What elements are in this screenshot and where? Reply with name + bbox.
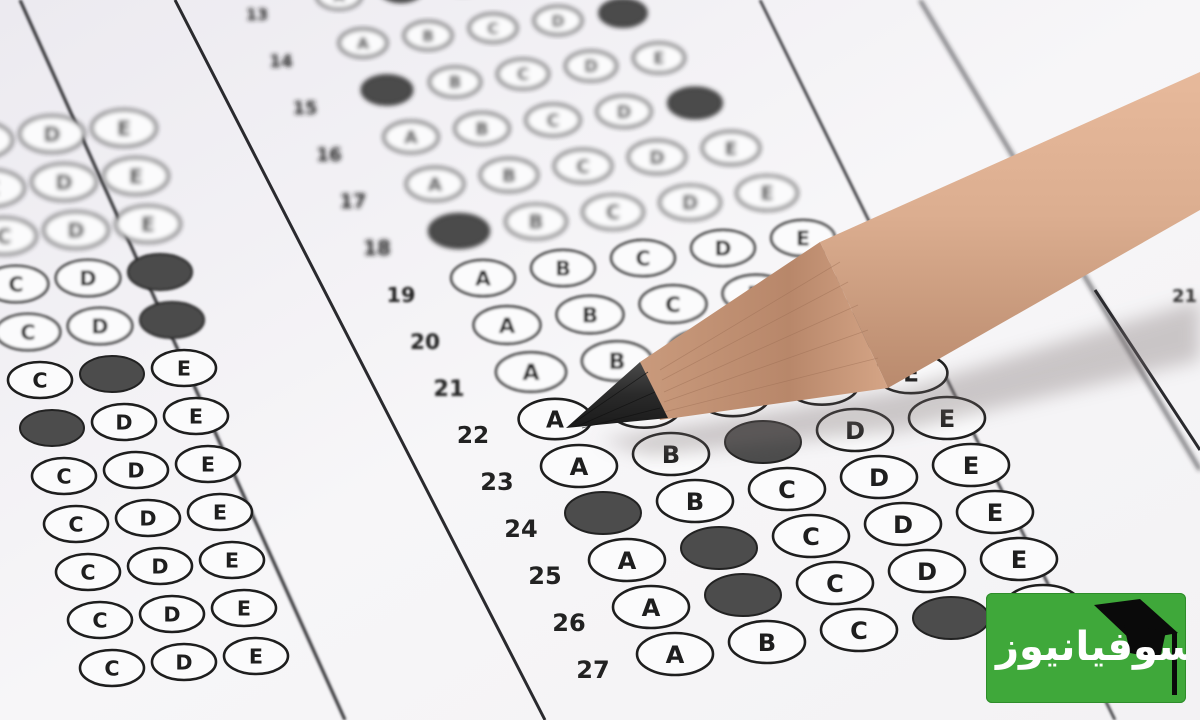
bubble-letter: D: [617, 103, 632, 123]
bubble-letter: A: [357, 34, 370, 53]
bubble-letter: D: [584, 56, 598, 76]
bubble-letter: A: [570, 453, 589, 481]
filled-bubble: [599, 0, 646, 27]
bubble-letter: A: [499, 314, 516, 339]
question-number: 26: [552, 609, 585, 637]
answer-bubble: C: [555, 150, 612, 182]
answer-bubble: C: [773, 515, 849, 557]
answer-bubble: E: [164, 398, 228, 434]
bubble-letter: D: [55, 171, 72, 195]
answer-bubble: C: [526, 105, 580, 136]
filled-bubble: [913, 597, 989, 639]
answer-bubble: D: [629, 141, 686, 173]
filled-bubble: [565, 492, 641, 534]
bubble-letter: C: [576, 157, 590, 178]
answer-bubble: D: [889, 550, 965, 592]
bubble-letter: C: [92, 609, 107, 633]
bubble-letter: D: [127, 459, 144, 483]
question-number: 20: [410, 330, 440, 355]
bubble-letter: A: [618, 547, 637, 575]
answer-bubble: C: [611, 240, 674, 276]
bubble-letter: A: [546, 406, 564, 433]
bubble-letter: D: [869, 464, 889, 492]
answer-bubble: B: [657, 480, 733, 522]
question-number: 13: [246, 5, 268, 24]
answer-bubble: B: [506, 205, 566, 239]
bubble-letter: C: [665, 293, 681, 318]
answer-bubble: E: [200, 542, 264, 578]
answer-bubble: C: [56, 554, 120, 590]
bubble-letter: D: [917, 558, 937, 586]
answer-bubble: A: [496, 353, 566, 392]
answer-bubble: D: [597, 96, 651, 127]
answer-bubble: E: [116, 206, 180, 242]
answer-bubble: E: [981, 538, 1057, 580]
question-number: 19: [387, 283, 416, 307]
bubble-letter: B: [758, 629, 776, 657]
answer-bubble: E: [188, 494, 252, 530]
bubble-letter: E: [141, 213, 155, 237]
answer-bubble: A: [589, 539, 665, 581]
bubble-letter: C: [68, 513, 83, 537]
question-number: 24: [504, 515, 537, 543]
answer-bubble: B: [404, 22, 451, 50]
bubble-letter: B: [686, 488, 704, 516]
answer-bubble: A: [339, 29, 386, 57]
site-logo-badge: سوفیانیوز: [986, 593, 1186, 703]
answer-bubble: B: [729, 621, 805, 663]
answer-bubble: A: [407, 168, 464, 200]
bubble-letter: A: [666, 641, 685, 669]
bubble-letter: D: [715, 236, 732, 260]
answer-bubble: E: [957, 491, 1033, 533]
bubble-letter: C: [778, 476, 796, 504]
bubble-letter: A: [642, 594, 661, 622]
answer-bubble: E: [933, 444, 1009, 486]
answer-bubble: C: [640, 285, 706, 322]
bubble-letter: E: [760, 182, 773, 205]
bubble-letter: B: [422, 26, 434, 45]
bubble-letter: B: [529, 211, 544, 234]
answer-bubble: B: [557, 296, 623, 333]
answer-bubble: E: [104, 158, 168, 194]
bubble-letter: B: [609, 349, 626, 375]
bubble-letter: E: [117, 117, 131, 141]
filled-bubble: [80, 356, 144, 392]
question-number: 27: [576, 656, 609, 684]
bubble-letter: C: [802, 523, 820, 551]
filled-bubble: [429, 214, 489, 248]
filled-bubble: [140, 302, 204, 338]
bubble-letter: B: [502, 166, 516, 187]
bubble-letter: E: [796, 226, 810, 250]
filled-bubble: [20, 410, 84, 446]
bubble-letter: C: [487, 19, 499, 38]
bubble-letter: C: [20, 321, 35, 345]
answer-bubble: E: [703, 132, 760, 164]
answer-bubble: D: [44, 212, 108, 248]
answer-bubble: D: [116, 500, 180, 536]
bubble-letter: C: [8, 273, 23, 297]
bubble-letter: C: [32, 369, 47, 393]
bubble-letter: C: [80, 561, 95, 585]
bubble-letter: E: [653, 48, 664, 68]
answer-bubble: C: [0, 266, 48, 302]
answer-bubble: E: [634, 43, 684, 72]
bubble-letter: D: [79, 267, 96, 291]
bubble-letter: B: [449, 72, 462, 92]
answer-bubble: C: [32, 458, 96, 494]
bubble-letter: D: [151, 555, 168, 579]
filled-bubble: [128, 254, 192, 290]
bubble-letter: D: [115, 411, 132, 435]
question-number: 25: [528, 562, 561, 590]
bubble-letter: E: [225, 549, 239, 573]
answer-bubble: A: [474, 306, 540, 343]
bubble-letter: C: [517, 64, 529, 84]
answer-bubble: C: [749, 468, 825, 510]
bubble-letter: A: [333, 0, 345, 5]
bubble-letter: D: [175, 651, 192, 675]
answer-bubble: C: [68, 602, 132, 638]
answer-bubble: C: [821, 609, 897, 651]
answer-bubble: D: [691, 230, 754, 266]
bubble-letter: D: [67, 219, 84, 243]
answer-bubble: D: [841, 456, 917, 498]
bubble-letter: E: [963, 452, 980, 480]
answer-bubble: A: [541, 445, 617, 487]
answer-bubble: C: [797, 562, 873, 604]
bubble-letter: E: [213, 501, 227, 525]
bubble-letter: E: [237, 597, 251, 621]
filled-bubble: [681, 527, 757, 569]
bubble-letter: E: [987, 499, 1004, 527]
answer-bubble: D: [152, 644, 216, 680]
question-number: 16: [316, 145, 342, 166]
answer-bubble: C: [0, 314, 60, 350]
bubble-letter: C: [850, 617, 868, 645]
bubble-letter: C: [635, 246, 650, 270]
answer-bubble: C: [583, 195, 643, 229]
bubble-letter: E: [189, 405, 203, 429]
filled-bubble: [362, 75, 412, 104]
answer-bubble: D: [128, 548, 192, 584]
question-number: 15: [293, 99, 317, 119]
question-number: 22: [457, 422, 489, 449]
answer-bubble: B: [481, 159, 538, 191]
answer-bubble: B: [531, 250, 594, 286]
answer-bubble: D: [104, 452, 168, 488]
bubble-letter: D: [893, 511, 913, 539]
bubble-letter: A: [428, 175, 443, 196]
answer-bubble: A: [613, 586, 689, 628]
bubble-letter: A: [404, 128, 418, 148]
bubble-letter: C: [606, 201, 620, 224]
bubble-letter: B: [582, 303, 598, 328]
bubble-letter: E: [249, 645, 263, 669]
bubble-letter: D: [43, 123, 60, 147]
question-number: 14: [269, 51, 292, 71]
answer-bubble: C: [498, 59, 548, 88]
bubble-letter: C: [547, 111, 560, 131]
bubble-letter: D: [682, 192, 698, 215]
bubble-letter: A: [522, 360, 540, 386]
question-number: 23: [480, 468, 513, 496]
bubble-letter: E: [725, 139, 738, 160]
bubble-letter: C: [104, 657, 119, 681]
bubble-letter: C: [0, 225, 12, 249]
answer-bubble: B: [430, 67, 480, 96]
filled-bubble: [705, 574, 781, 616]
answer-bubble: B: [455, 113, 509, 144]
answer-bubble: C: [8, 362, 72, 398]
bubble-letter: E: [177, 357, 191, 381]
answer-bubble: C: [80, 650, 144, 686]
bubble-letter: E: [129, 165, 143, 189]
answer-bubble: D: [68, 308, 132, 344]
bubble-letter: E: [201, 453, 215, 477]
answer-bubble: C: [44, 506, 108, 542]
answer-bubble: D: [56, 260, 120, 296]
answer-bubble: A: [384, 122, 438, 153]
bubble-letter: D: [91, 315, 108, 339]
answer-bubble: D: [865, 503, 941, 545]
answer-bubble: D: [534, 7, 581, 35]
logo-text: سوفیانیوز: [996, 627, 1186, 667]
answer-bubble: E: [176, 446, 240, 482]
answer-bubble: D: [92, 404, 156, 440]
bubble-letter: C: [56, 465, 71, 489]
filled-bubble: [668, 88, 722, 119]
answer-bubble: E: [737, 176, 797, 210]
answer-bubble: E: [212, 590, 276, 626]
answer-bubble: C: [469, 14, 516, 42]
answer-bubble: D: [660, 186, 720, 220]
answer-bubble: A: [637, 633, 713, 675]
answer-bubble: A: [451, 260, 514, 296]
answer-bubble: E: [152, 350, 216, 386]
bubble-letter: D: [139, 507, 156, 531]
bubble-letter: C: [826, 570, 844, 598]
bubble-letter: B: [475, 120, 488, 140]
answer-bubble: E: [224, 638, 288, 674]
bubble-letter: E: [1011, 546, 1028, 574]
bubble-letter: D: [551, 11, 564, 30]
answer-bubble: D: [140, 596, 204, 632]
question-number: 21: [433, 376, 464, 402]
question-number: 17: [340, 190, 367, 213]
answer-bubble: D: [566, 51, 616, 80]
bubble-letter: D: [163, 603, 180, 627]
bubble-letter: B: [555, 256, 571, 280]
answer-bubble: D: [32, 164, 96, 200]
bubble-letter: D: [649, 148, 664, 169]
answer-bubble: E: [92, 110, 156, 146]
question-number: 18: [363, 236, 391, 260]
answer-bubble: D: [20, 116, 84, 152]
bubble-letter: A: [475, 266, 491, 290]
